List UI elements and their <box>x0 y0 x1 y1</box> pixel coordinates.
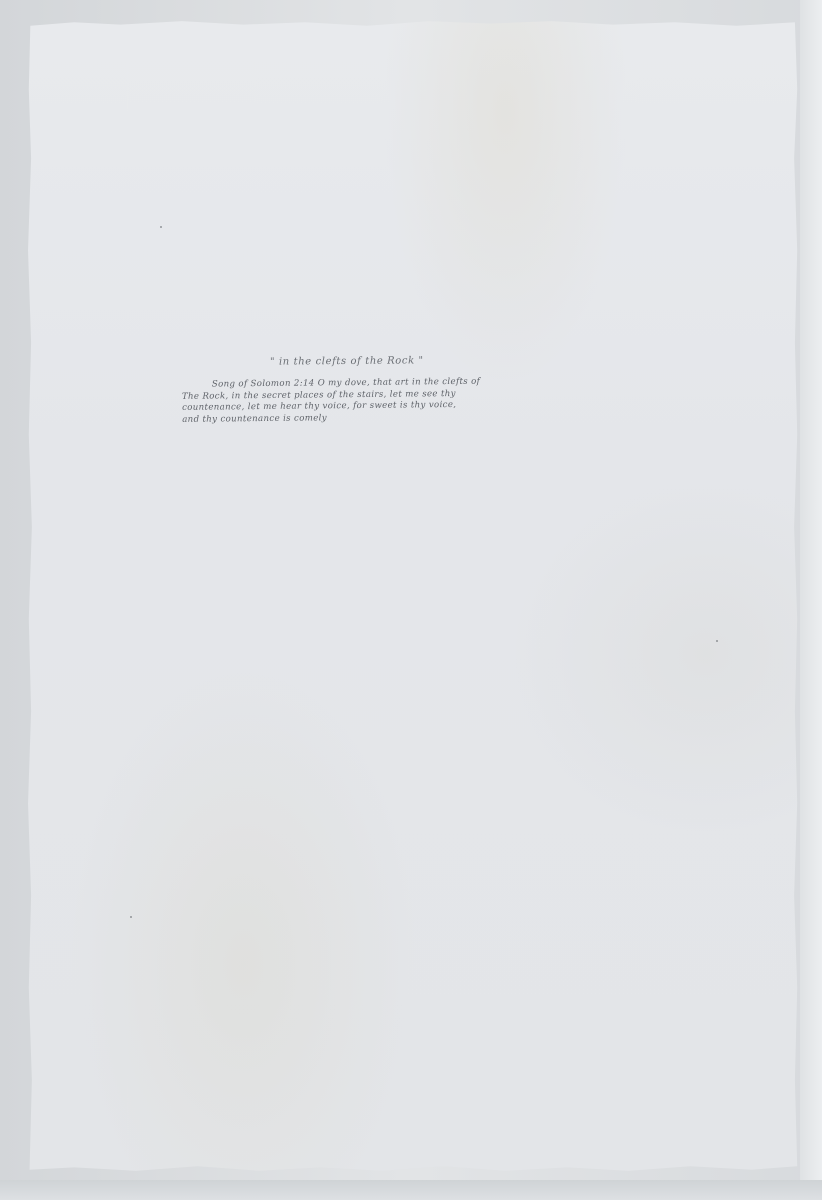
paper-speck <box>160 226 162 228</box>
deckle-edged-paper-sheet: " in the clefts of the Rock " Song of So… <box>28 20 798 1172</box>
wall-edge-bottom <box>0 1180 822 1200</box>
paper-speck <box>716 640 718 642</box>
wall-edge-right <box>800 0 822 1200</box>
paper-speck <box>130 916 132 918</box>
inscription-title: " in the clefts of the Rock " <box>270 355 424 367</box>
inscription-body: Song of Solomon 2:14 O my dove, that art… <box>182 376 532 426</box>
